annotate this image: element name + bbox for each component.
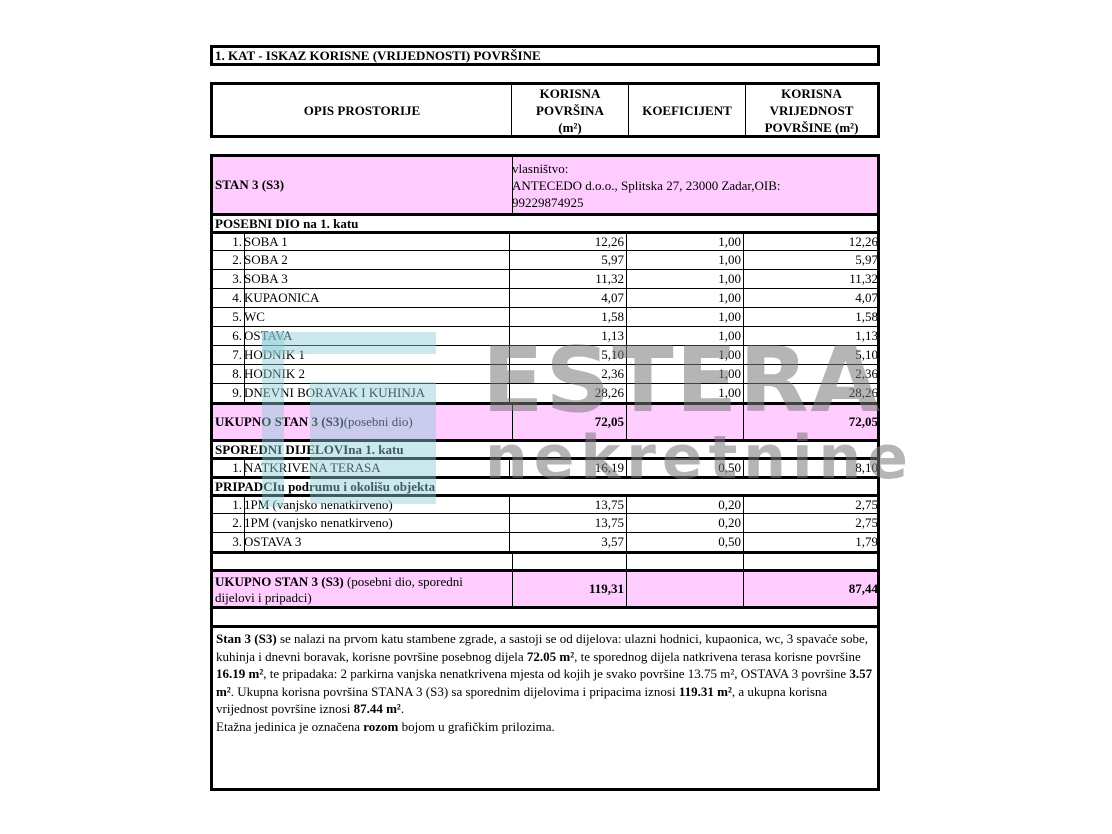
total-value: 87,44 xyxy=(744,572,880,606)
row-value: 4,07 xyxy=(744,289,880,307)
row-value: 11,32 xyxy=(744,270,880,288)
section-posebni: POSEBNI DIO na 1. katu xyxy=(210,213,880,231)
text-fragment: bojom u grafičkim prilozima. xyxy=(398,719,554,734)
table-row: 5.WC1,581,001,58 xyxy=(210,307,880,326)
page-title: 1. KAT - ISKAZ KORISNE (VRIJEDNOSTI) POV… xyxy=(210,45,880,66)
blank-cell xyxy=(744,554,880,569)
row-index: 9. xyxy=(213,384,245,402)
text-fragment: 119.31 m² xyxy=(679,684,732,699)
row-area: 1,58 xyxy=(510,308,627,326)
row-index: 1. xyxy=(213,234,245,250)
row-coefficient: 1,00 xyxy=(627,289,744,307)
text-fragment: Stan 3 (S3) xyxy=(216,631,277,646)
description-paragraph: Stan 3 (S3) se nalazi na prvom katu stam… xyxy=(216,630,874,718)
watermark-logo-shape xyxy=(262,332,436,354)
column-header: OPIS PROSTORIJE KORISNA POVRŠINA (m²) KO… xyxy=(210,82,880,138)
blank-cell xyxy=(627,554,744,569)
section-posebni-label: POSEBNI DIO na 1. katu xyxy=(213,216,883,231)
row-index: 6. xyxy=(213,327,245,345)
row-coefficient: 0,50 xyxy=(627,533,744,551)
row-index: 8. xyxy=(213,365,245,383)
text-fragment: (posebni dio, sporedni xyxy=(344,574,463,589)
row-area: 5,97 xyxy=(510,251,627,269)
table-row: 3.SOBA 311,321,0011,32 xyxy=(210,269,880,288)
description-note: Etažna jedinica je označena rozom bojom … xyxy=(216,718,874,736)
row-value: 1,58 xyxy=(744,308,880,326)
row-value: 2,75 xyxy=(744,514,880,532)
watermark-logo-shape xyxy=(310,382,436,504)
ownership-ownership-label: vlasništvo: xyxy=(512,160,568,177)
row-value: 12,26 xyxy=(744,234,880,250)
total-row: UKUPNO STAN 3 (S3) (posebni dio, sporedn… xyxy=(210,569,880,606)
row-name: KUPAONICA xyxy=(242,289,510,307)
text-fragment: dijelovi i pripadci) xyxy=(215,590,312,605)
ownership-ownership-line2: 99229874925 xyxy=(512,194,584,211)
row-name: 1PM (vanjsko nenatkirveno) xyxy=(242,514,510,532)
row-coefficient: 0,20 xyxy=(627,514,744,532)
spacer-row xyxy=(210,606,880,625)
row-name: SOBA 3 xyxy=(242,270,510,288)
unit-name: STAN 3 (S3) xyxy=(213,157,513,213)
total-area: 119,31 xyxy=(510,572,627,606)
row-area: 11,32 xyxy=(510,270,627,288)
watermark-brand: ESTERA xyxy=(482,336,882,426)
table-row: 3.OSTAVA 33,570,501,79 xyxy=(210,532,880,551)
row-area: 12,26 xyxy=(510,234,627,250)
col-header-area-text: KORISNA POVRŠINA (m²) xyxy=(525,85,615,136)
col-header-area: KORISNA POVRŠINA (m²) xyxy=(512,85,629,135)
row-index: 4. xyxy=(213,289,245,307)
text-fragment: POSEBNI DIO na 1. katu xyxy=(215,216,358,232)
blank-cell xyxy=(510,554,627,569)
unit-header-row: STAN 3 (S3)vlasništvo:ANTECEDO d.o.o., S… xyxy=(210,154,880,213)
row-value: 1,79 xyxy=(744,533,880,551)
table-row: 2.1PM (vanjsko nenatkirveno)13,750,202,7… xyxy=(210,513,880,532)
blank-cell xyxy=(213,554,513,569)
row-coefficient: 1,00 xyxy=(627,251,744,269)
text-fragment: , te sporednog dijela natkrivena terasa … xyxy=(574,649,861,664)
row-name: WC xyxy=(242,308,510,326)
text-fragment: UKUPNO STAN 3 (S3) xyxy=(215,574,344,589)
row-area: 3,57 xyxy=(510,533,627,551)
row-index: 3. xyxy=(213,533,245,551)
row-index: 1. xyxy=(213,497,245,513)
table-row: 4.KUPAONICA4,071,004,07 xyxy=(210,288,880,307)
row-coefficient: 1,00 xyxy=(627,234,744,250)
row-coefficient: 1,00 xyxy=(627,270,744,288)
text-fragment: Etažna jedinica je označena xyxy=(216,719,363,734)
description-row: Stan 3 (S3) se nalazi na prvom katu stam… xyxy=(210,625,880,791)
col-header-coefficient: KOEFICIJENT xyxy=(629,85,746,135)
row-index: 2. xyxy=(213,251,245,269)
total-coefficient xyxy=(627,572,744,606)
row-name: SOBA 1 xyxy=(242,234,510,250)
col-header-description: OPIS PROSTORIJE xyxy=(213,85,512,135)
row-coefficient: 1,00 xyxy=(627,308,744,326)
col-header-value-area: KORISNA VRIJEDNOST POVRŠINE (m²) xyxy=(746,85,877,135)
text-fragment: rozom xyxy=(363,719,398,734)
text-fragment: . xyxy=(401,701,404,716)
row-value: 2,75 xyxy=(744,497,880,513)
text-fragment: 72.05 m² xyxy=(527,649,574,664)
row-name: SOBA 2 xyxy=(242,251,510,269)
ownership-ownership-line1: ANTECEDO d.o.o., Splitska 27, 23000 Zada… xyxy=(512,177,780,194)
row-index: 2. xyxy=(213,514,245,532)
row-index: 3. xyxy=(213,270,245,288)
watermark-subtitle: nekretnine xyxy=(485,428,914,488)
unit-ownership: vlasništvo:ANTECEDO d.o.o., Splitska 27,… xyxy=(510,157,880,213)
watermark-logo-shape xyxy=(262,332,284,507)
text-fragment: 16.19 m² xyxy=(216,666,263,681)
total-label: UKUPNO STAN 3 (S3) (posebni dio, sporedn… xyxy=(213,572,513,606)
row-index: 5. xyxy=(213,308,245,326)
row-value: 5,97 xyxy=(744,251,880,269)
row-index: 7. xyxy=(213,346,245,364)
row-index: 1. xyxy=(213,460,245,476)
row-name: OSTAVA 3 xyxy=(242,533,510,551)
col-header-value-area-text: KORISNA VRIJEDNOST POVRŠINE (m²) xyxy=(762,85,862,136)
table-row: 2.SOBA 25,971,005,97 xyxy=(210,250,880,269)
text-fragment: 87.44 m² xyxy=(354,701,401,716)
row-area: 4,07 xyxy=(510,289,627,307)
table-row: 1.SOBA 112,261,0012,26 xyxy=(210,231,880,250)
row-coefficient: 0,20 xyxy=(627,497,744,513)
text-fragment: . Ukupna korisna površina STANA 3 (S3) s… xyxy=(231,684,679,699)
row-area: 13,75 xyxy=(510,497,627,513)
blank-row xyxy=(210,551,880,569)
row-area: 13,75 xyxy=(510,514,627,532)
description-text: Stan 3 (S3) se nalazi na prvom katu stam… xyxy=(213,628,877,737)
text-fragment: , te pripadaka: 2 parkirna vanjska nenat… xyxy=(263,666,849,681)
